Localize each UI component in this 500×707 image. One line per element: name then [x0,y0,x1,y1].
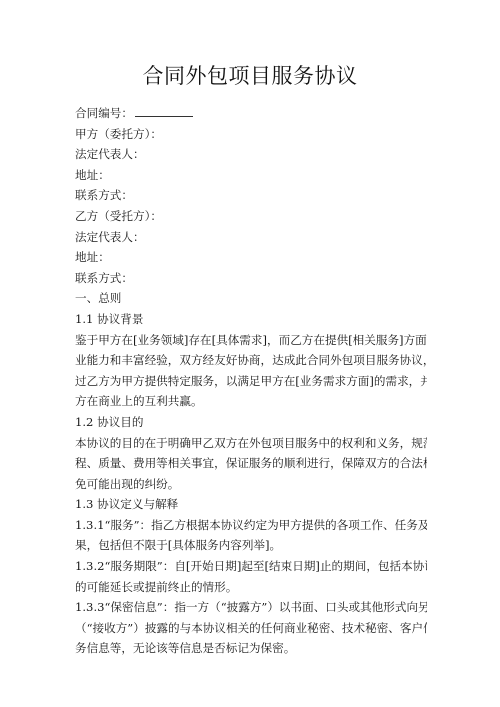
paragraph-line: 程、质量、费用等相关事宜，保证服务的顺利进行，保障双方的合法权益，避 [75,453,427,474]
definition-line: 1.3.2“服务期限”：自[开始日期]起至[结束日期]止的期间，包括本协议约定 [75,556,427,577]
document-title: 合同外包项目服务协议 [0,60,500,90]
paragraph-line: 过乙方为甲方提供特定服务，以满足甲方在[业务需求方面]的需求，并实现双 [75,371,427,392]
party-b-address: 地址： [75,247,427,268]
contract-number-blank[interactable] [135,104,193,117]
definition-line: 务信息等，无论该等信息是否标记为保密。 [75,638,427,659]
party-b-label: 乙方（受托方）： [75,206,427,227]
paragraph-line: 业能力和丰富经验，双方经友好协商，达成此合同外包项目服务协议，旨在通 [75,350,427,371]
document-body: 合同编号： 甲方（委托方）： 法定代表人： 地址： 联系方式： 乙方（受托方）：… [75,103,427,659]
paragraph-line: 方在商业上的互利共赢。 [75,391,427,412]
paragraph-line: 鉴于甲方在[业务领域]存在[具体需求]，而乙方在提供[相关服务]方面具备专 [75,330,427,351]
contract-number-field: 合同编号： [75,103,427,124]
definition-line: 1.3.3“保密信息”：指一方（“披露方”）以书面、口头或其他形式向另一方 [75,597,427,618]
definition-line: 1.3.1“服务”：指乙方根据本协议约定为甲方提供的各项工作、任务及相关成 [75,515,427,536]
party-a-representative: 法定代表人： [75,144,427,165]
party-a-contact: 联系方式： [75,185,427,206]
party-a-label: 甲方（委托方）： [75,124,427,145]
party-b-representative: 法定代表人： [75,227,427,248]
subsection-heading-1-1: 1.1 协议背景 [75,309,427,330]
paragraph-line: 免可能出现的纠纷。 [75,474,427,495]
definition-line: （“接收方”）披露的与本协议相关的任何商业秘密、技术秘密、客户信息、财 [75,618,427,639]
definition-line: 果，包括但不限于[具体服务内容列举]。 [75,535,427,556]
section-heading-general: 一、总则 [75,288,427,309]
subsection-heading-1-3: 1.3 协议定义与解释 [75,494,427,515]
paragraph-line: 本协议的目的在于明确甲乙双方在外包项目服务中的权利和义务，规范服务流 [75,433,427,454]
definition-line: 的可能延长或提前终止的情形。 [75,577,427,598]
party-a-address: 地址： [75,165,427,186]
party-b-contact: 联系方式： [75,268,427,289]
subsection-heading-1-2: 1.2 协议目的 [75,412,427,433]
